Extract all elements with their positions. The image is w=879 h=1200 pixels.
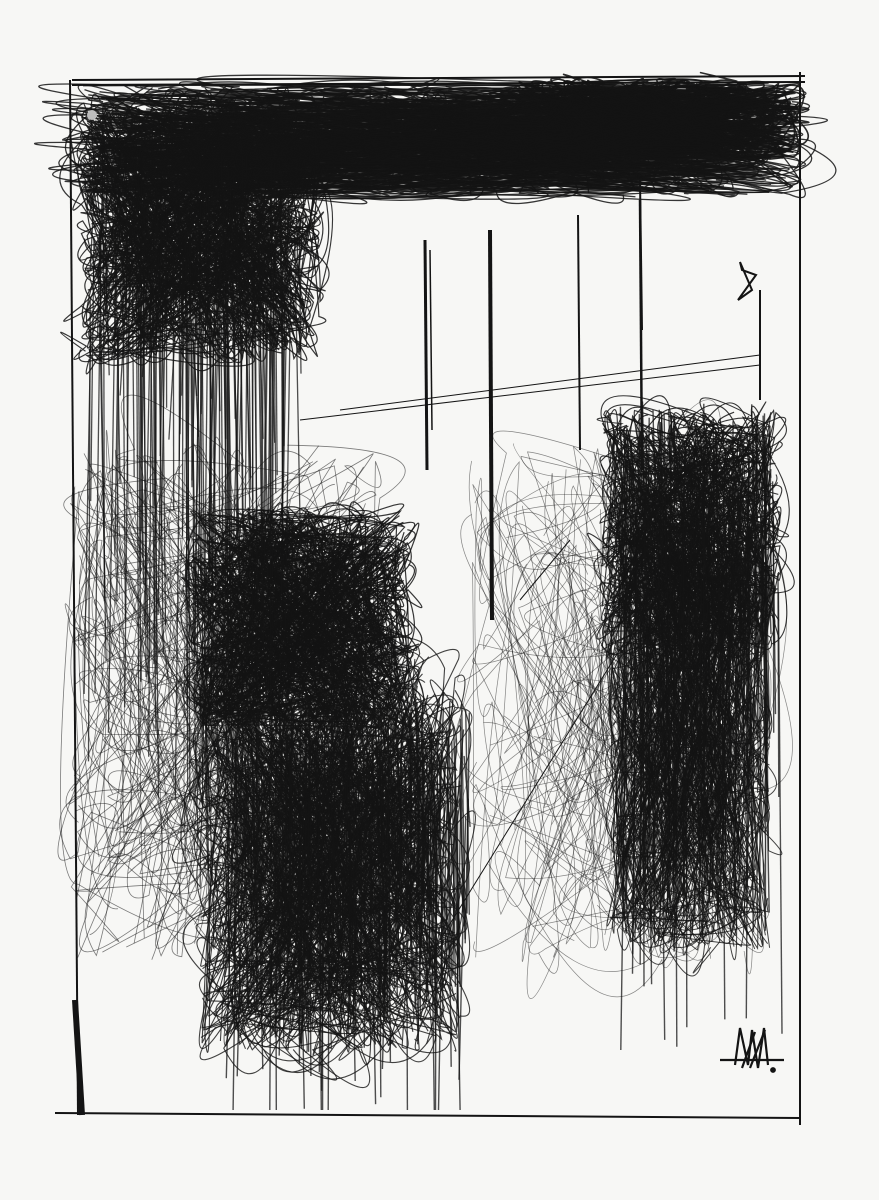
scribble-mass [35, 73, 836, 1110]
paper-dot [87, 110, 97, 120]
ink-drawing [0, 0, 879, 1200]
signature-monogram [720, 1028, 784, 1072]
